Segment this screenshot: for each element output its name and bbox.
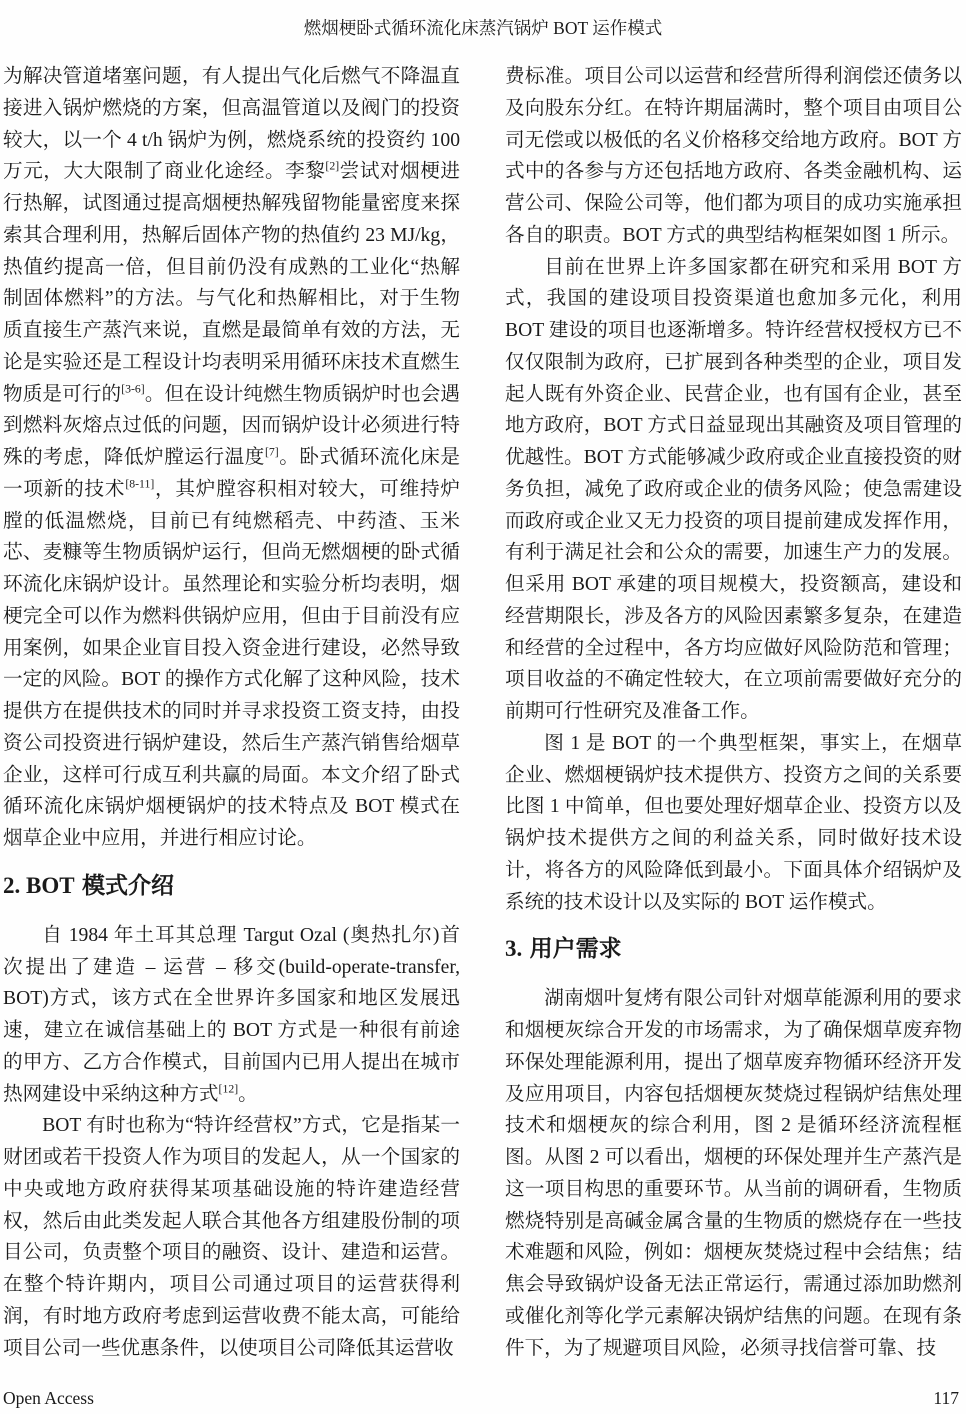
- paragraph: 目前在世界上许多国家都在研究和采用 BOT 方式，我国的建设项目投资渠道也愈加多…: [505, 252, 962, 728]
- heading-title: 用户需求: [522, 935, 621, 961]
- heading-number: 3.: [505, 936, 522, 961]
- paragraph: 湖南烟叶复烤有限公司针对烟草能源利用的要求和烟梗灰综合开发的市场需求，为了确保烟…: [505, 983, 962, 1364]
- paragraph: 费标准。项目公司以运营和经营所得利润偿还债务以及向股东分红。在特许期届满时，整个…: [505, 61, 962, 252]
- footer-page-number: 117: [933, 1388, 959, 1409]
- page-title: 燃烟梗卧式循环流化床蒸汽锅炉 BOT 运作模式: [0, 16, 966, 40]
- section-heading: 2. BOT模式介绍: [3, 870, 460, 901]
- reference-superscript: [7]: [265, 445, 279, 458]
- section-heading: 3.用户需求: [505, 933, 962, 964]
- reference-superscript: [3-6]: [121, 382, 145, 395]
- heading-title: 模式介绍: [75, 872, 174, 898]
- column-left: 为解决管道堵塞问题，有人提出气化后燃气不降温直接进入锅炉燃烧的方案，但高温管道以…: [3, 61, 460, 1364]
- reference-superscript: [8-11]: [125, 477, 154, 490]
- paragraph: 自 1984 年土耳其总理 Targut Ozal (奥热扎尔)首次提出了建造 …: [3, 920, 460, 1111]
- heading-number: 2. BOT: [3, 873, 75, 898]
- column-right: 费标准。项目公司以运营和经营所得利润偿还债务以及向股东分红。在特许期届满时，整个…: [505, 61, 962, 1364]
- footer-open-access-label: Open Access: [3, 1388, 94, 1409]
- reference-superscript: [12]: [219, 1082, 239, 1095]
- paragraph: 为解决管道堵塞问题，有人提出气化后燃气不降温直接进入锅炉燃烧的方案，但高温管道以…: [3, 61, 460, 855]
- document-page: 燃烟梗卧式循环流化床蒸汽锅炉 BOT 运作模式 为解决管道堵塞问题，有人提出气化…: [0, 0, 966, 1414]
- paragraph: 图 1 是 BOT 的一个典型框架，事实上，在烟草企业、燃烟梗锅炉技术提供方、投…: [505, 728, 962, 919]
- paragraph: BOT 有时也称为“特许经营权”方式，它是指某一财团或若干投资人作为项目的发起人…: [3, 1110, 460, 1364]
- reference-superscript: [2]: [325, 160, 339, 173]
